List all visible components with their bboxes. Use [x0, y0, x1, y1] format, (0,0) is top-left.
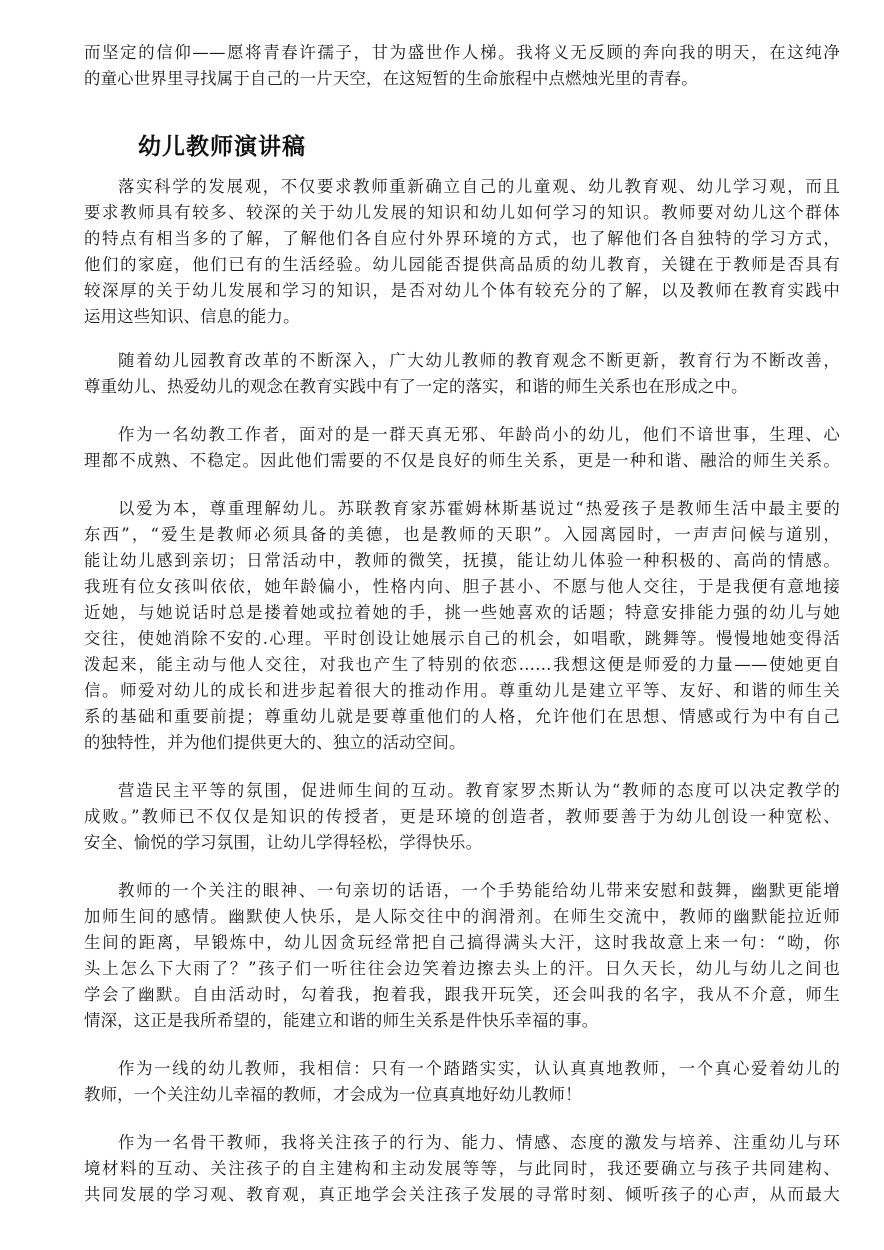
- text-line: 东西”，“爱生是教师必须具备的美德，也是教师的天职”。入园离园时，一声声问候与道…: [84, 522, 840, 548]
- text-line: 境材料的互动、关注孩子的自主建构和主动发展等等，与此同时，我还要确立与孩子共同建…: [84, 1156, 840, 1182]
- text-line: 的特点有相当多的了解，了解他们各自应付外界环境的方式，也了解他们各自独特的学习方…: [84, 226, 840, 252]
- text-line: 学会了幽默。自由活动时，勾着我，抱着我，跟我开玩笑，还会叫我的名字，我从不介意，…: [84, 982, 840, 1008]
- text-line: 的童心世界里寻找属于自己的一片天空，在这短暂的生命旅程中点燃烛光里的青春。: [84, 66, 840, 92]
- paragraph: 营造民主平等的氛围，促进师生间的互动。教育家罗杰斯认为“教师的态度可以决定教学的…: [84, 778, 840, 856]
- paragraph: 以爱为本，尊重理解幼儿。苏联教育家苏霍姆林斯基说过“热爱孩子是教师生活中最主要的…: [84, 496, 840, 756]
- text-line: 教师的一个关注的眼神、一句亲切的话语，一个手势能给幼儿带来安慰和鼓舞，幽默更能增: [84, 878, 840, 904]
- text-line: 交往，使她消除不安的.心理。平时创设让她展示自己的机会，如唱歌，跳舞等。慢慢地她…: [84, 626, 840, 652]
- paragraph: 教师的一个关注的眼神、一句亲切的话语，一个手势能给幼儿带来安慰和鼓舞，幽默更能增…: [84, 878, 840, 1034]
- text-line: 而坚定的信仰——愿将青春许孺子，甘为盛世作人梯。我将义无反顾的奔向我的明天，在这…: [84, 40, 840, 66]
- text-line: 作为一名幼教工作者，面对的是一群天真无邪、年龄尚小的幼儿，他们不谙世事，生理、心: [84, 422, 840, 448]
- text-line: 的独特性，并为他们提供更大的、独立的活动空间。: [84, 730, 840, 756]
- text-line: 要求教师具有较多、较深的关于幼儿发展的知识和幼儿如何学习的知识。教师要对幼儿这个…: [84, 200, 840, 226]
- paragraph: 随着幼儿园教育改革的不断深入，广大幼儿教师的教育观念不断更新，教育行为不断改善，…: [84, 348, 840, 400]
- text-line: 随着幼儿园教育改革的不断深入，广大幼儿教师的教育观念不断更新，教育行为不断改善，: [84, 348, 840, 374]
- text-line: 作为一线的幼儿教师，我相信：只有一个踏踏实实，认认真真地教师，一个真心爱着幼儿的: [84, 1056, 840, 1082]
- text-line: 头上怎么下大雨了？”孩子们一听往往会边笑着边擦去头上的汗。日久天长，幼儿与幼儿之…: [84, 956, 840, 982]
- text-line: 落实科学的发展观，不仅要求教师重新确立自己的儿童观、幼儿教育观、幼儿学习观，而且: [84, 174, 840, 200]
- paragraph: 作为一线的幼儿教师，我相信：只有一个踏踏实实，认认真真地教师，一个真心爱着幼儿的…: [84, 1056, 840, 1108]
- text-line: 理都不成熟、不稳定。因此他们需要的不仅是良好的师生关系，更是一种和谐、融洽的师生…: [84, 448, 840, 474]
- text-line: 能让幼儿感到亲切；日常活动中，教师的微笑，抚摸，能让幼儿体验一种积极的、高尚的情…: [84, 548, 840, 574]
- text-line: 他们的家庭，他们已有的生活经验。幼儿园能否提供高品质的幼儿教育，关键在于教师是否…: [84, 252, 840, 278]
- text-line: 加师生间的感情。幽默使人快乐，是人际交往中的润滑剂。在师生交流中，教师的幽默能拉…: [84, 904, 840, 930]
- text-line: 运用这些知识、信息的能力。: [84, 304, 840, 330]
- paragraph: 作为一名骨干教师，我将关注孩子的行为、能力、情感、态度的激发与培养、注重幼儿与环…: [84, 1130, 840, 1208]
- text-line: 情深，这正是我所希望的，能建立和谐的师生关系是件快乐幸福的事。: [84, 1008, 840, 1034]
- text-line: 近她，与她说话时总是搂着她或拉着她的手，挑一些她喜欢的话题；特意安排能力强的幼儿…: [84, 600, 840, 626]
- paragraph: 作为一名幼教工作者，面对的是一群天真无邪、年龄尚小的幼儿，他们不谙世事，生理、心…: [84, 422, 840, 474]
- text-line: 信。师爱对幼儿的成长和进步起着很大的推动作用。尊重幼儿是建立平等、友好、和谐的师…: [84, 678, 840, 704]
- text-line: 生间的距离，早锻炼中，幼儿因贪玩经常把自己搞得满头大汗，这时我故意上来一句：“呦…: [84, 930, 840, 956]
- text-line: 泼起来，能主动与他人交往，对我也产生了特别的依恋……我想这便是师爱的力量——使她…: [84, 652, 840, 678]
- text-line: 较深厚的关于幼儿发展和学习的知识，是否对幼儿个体有较充分的了解，以及教师在教育实…: [84, 278, 840, 304]
- text-line: 营造民主平等的氛围，促进师生间的互动。教育家罗杰斯认为“教师的态度可以决定教学的: [84, 778, 840, 804]
- text-line: 作为一名骨干教师，我将关注孩子的行为、能力、情感、态度的激发与培养、注重幼儿与环: [84, 1130, 840, 1156]
- document-page: 而坚定的信仰——愿将青春许孺子，甘为盛世作人梯。我将义无反顾的奔向我的明天，在这…: [84, 40, 840, 1208]
- text-line: 安全、愉悦的学习氛围，让幼儿学得轻松，学得快乐。: [84, 830, 840, 856]
- text-line: 尊重幼儿、热爱幼儿的观念在教育实践中有了一定的落实，和谐的师生关系也在形成之中。: [84, 374, 840, 400]
- document-title: 幼儿教师演讲稿: [138, 130, 840, 164]
- text-line: 我班有位女孩叫依依，她年龄偏小，性格内向、胆子甚小、不愿与他人交往，于是我便有意…: [84, 574, 840, 600]
- text-line: 成败。”教师已不仅仅是知识的传授者，更是环境的创造者，教师要善于为幼儿创设一种宽…: [84, 804, 840, 830]
- text-line: 系的基础和重要前提；尊重幼儿就是要尊重他们的人格，允许他们在思想、情感或行为中有…: [84, 704, 840, 730]
- text-line: 共同发展的学习观、教育观，真正地学会关注孩子发展的寻常时刻、倾听孩子的心声，从而…: [84, 1182, 840, 1208]
- text-line: 教师，一个关注幼儿幸福的教师，才会成为一位真真地好幼儿教师！: [84, 1082, 840, 1108]
- intro-paragraph: 而坚定的信仰——愿将青春许孺子，甘为盛世作人梯。我将义无反顾的奔向我的明天，在这…: [84, 40, 840, 92]
- paragraph: 落实科学的发展观，不仅要求教师重新确立自己的儿童观、幼儿教育观、幼儿学习观，而且…: [84, 174, 840, 330]
- text-line: 以爱为本，尊重理解幼儿。苏联教育家苏霍姆林斯基说过“热爱孩子是教师生活中最主要的: [84, 496, 840, 522]
